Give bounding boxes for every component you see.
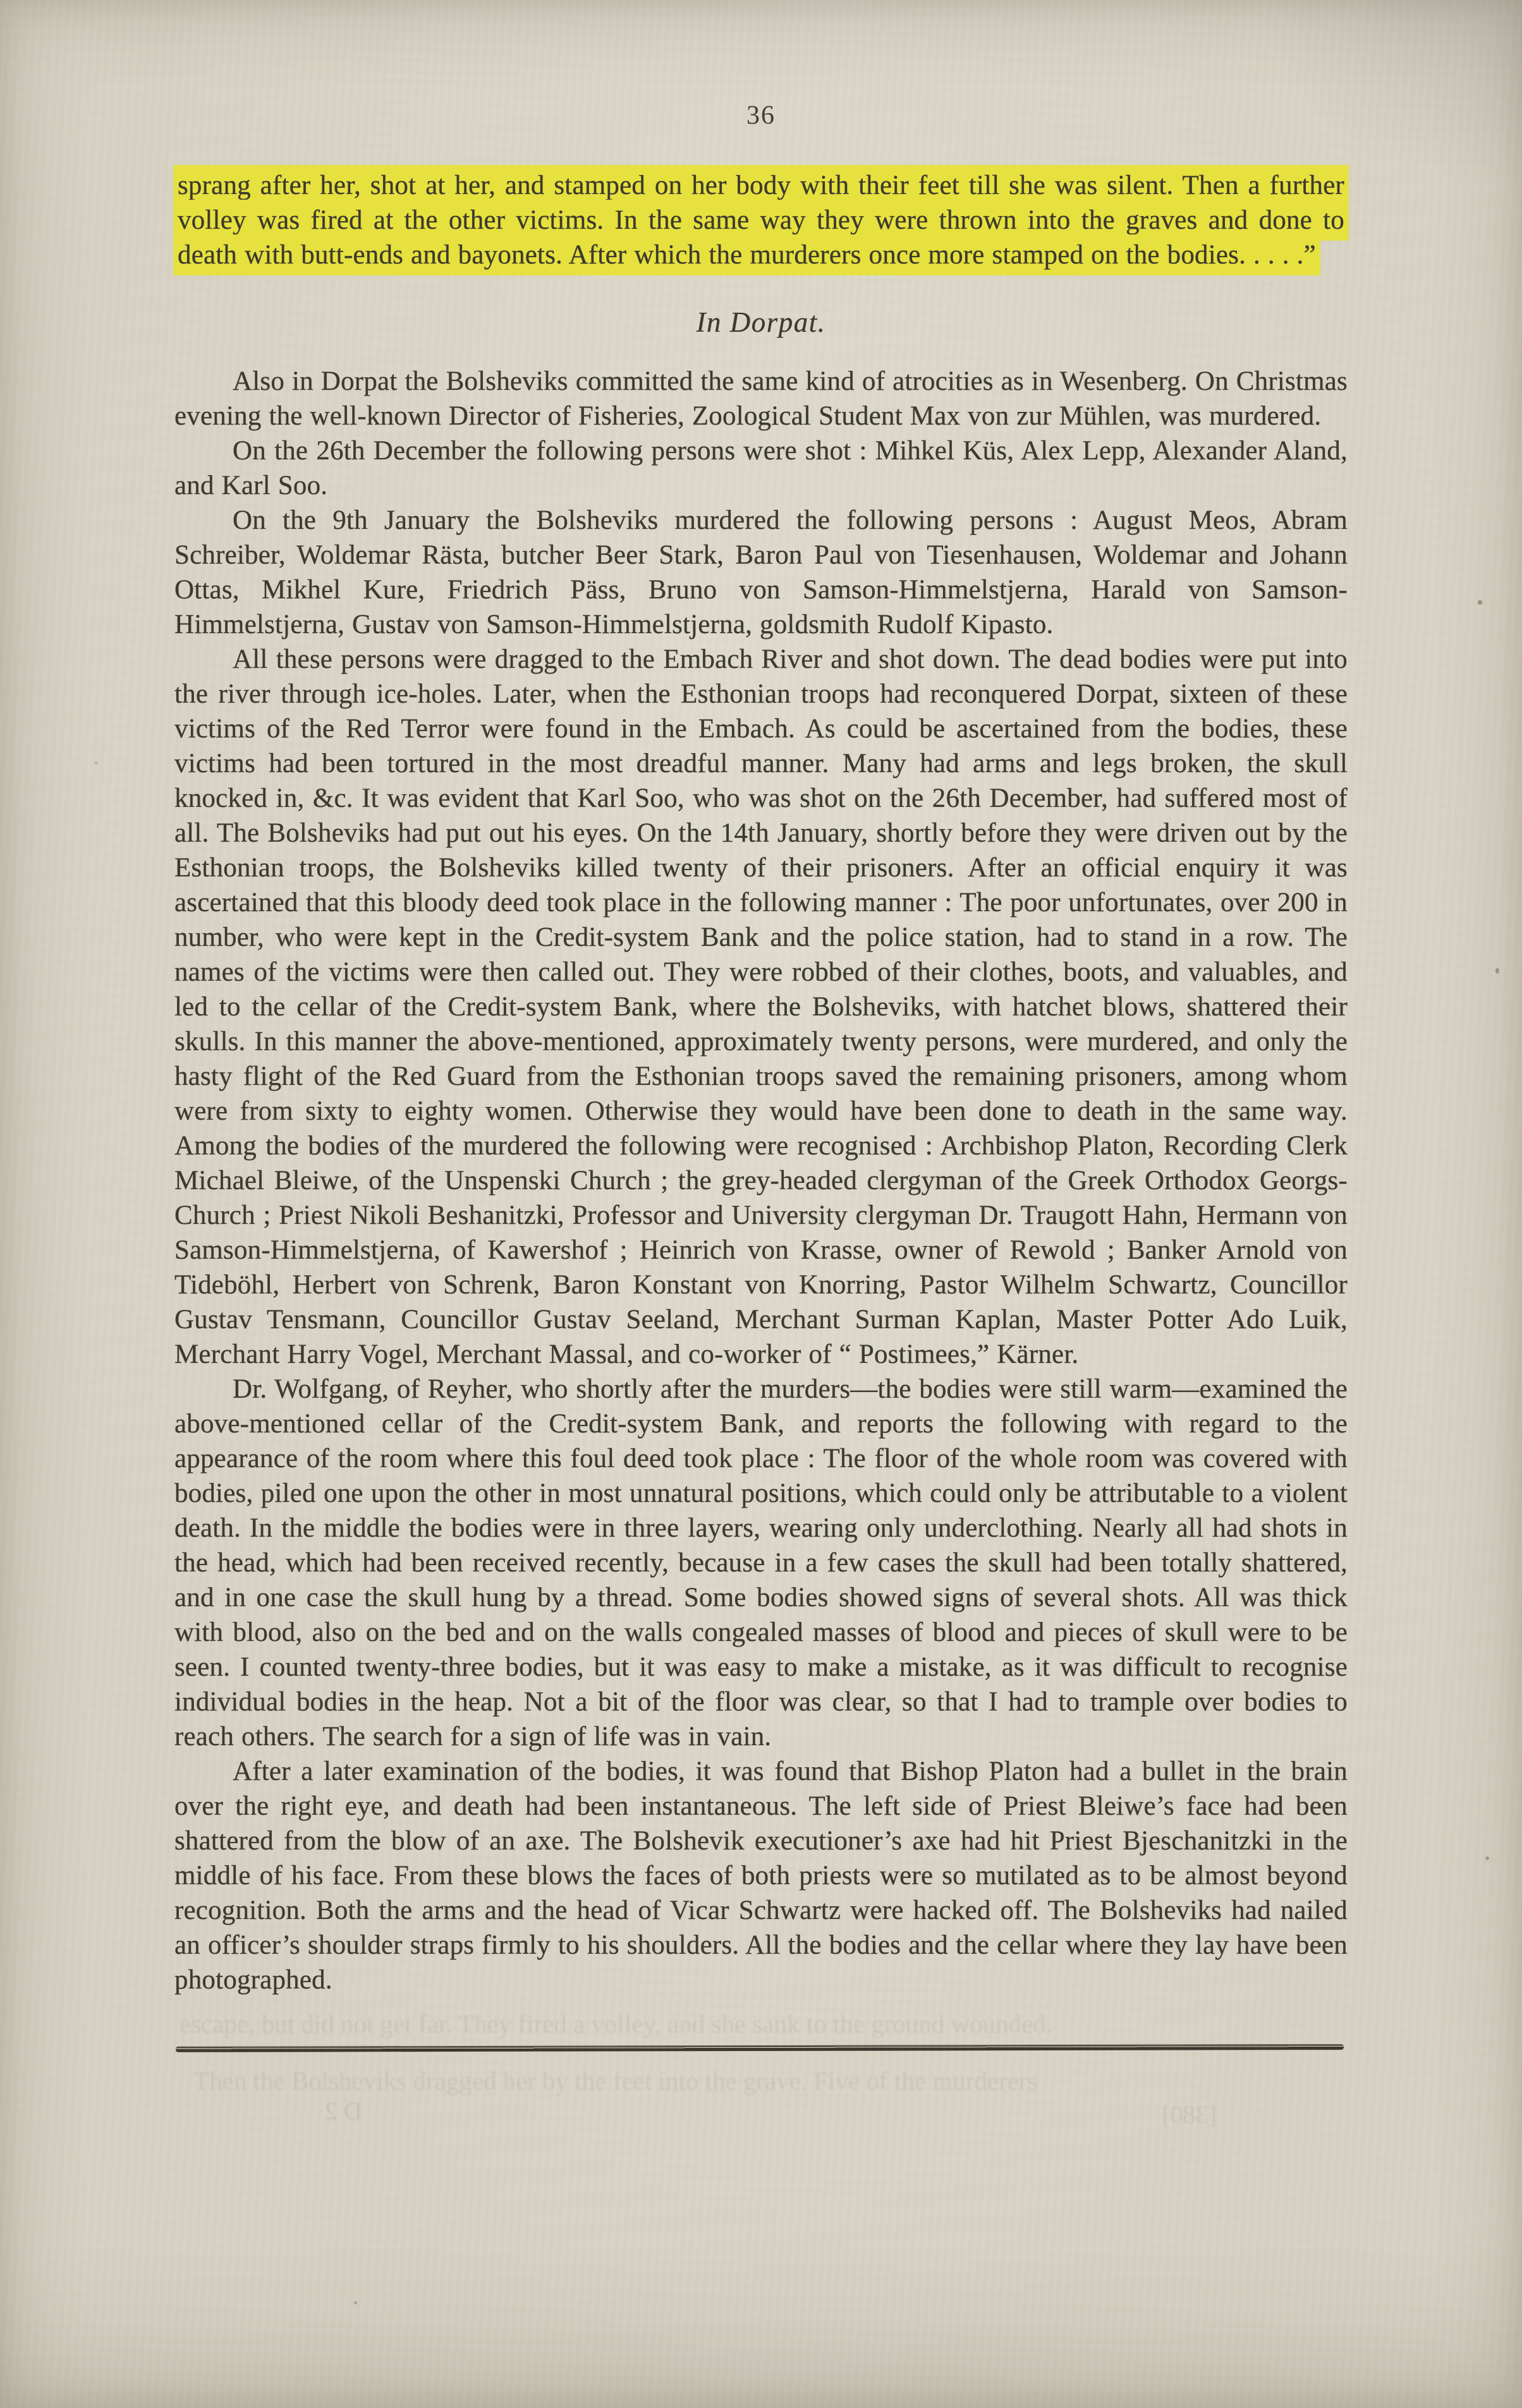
body-paragraph: On the 26th December the following perso…	[174, 433, 1348, 503]
section-heading: In Dorpat.	[174, 305, 1348, 340]
dust-speck	[1485, 1856, 1489, 1860]
page-scan: { "page": { "number": "36", "paper_color…	[0, 0, 1522, 2408]
page-number: 36	[174, 100, 1348, 131]
body-paragraph: Also in Dorpat the Bolsheviks committed …	[174, 364, 1348, 433]
signature-mark-bleedthrough: D 2	[325, 2095, 362, 2127]
text-column: 36 sprang after her, shot at her, and st…	[174, 100, 1348, 2223]
catalog-mark-bleedthrough: [380]	[1162, 2098, 1217, 2131]
body-paragraph: After a later examination of the bodies,…	[174, 1754, 1348, 1997]
body-paragraph: Dr. Wolfgang, of Reyher, who shortly aft…	[174, 1372, 1348, 1754]
body-paragraph: On the 9th January the Bolsheviks murder…	[174, 503, 1348, 642]
body-paragraph: All these persons were dragged to the Em…	[174, 642, 1348, 1372]
bleedthrough-line: Then the Bolsheviks dragged her by the f…	[193, 2064, 1331, 2097]
dust-speck	[354, 2301, 357, 2304]
dust-speck	[1478, 600, 1482, 605]
page-footer: escape, but did not get far. They fired …	[174, 2034, 1348, 2223]
dust-speck	[95, 761, 98, 765]
bleedthrough-line: escape, but did not get far. They fired …	[180, 2007, 1342, 2040]
bottom-edge-shading	[0, 2244, 1522, 2408]
highlighted-paragraph: sprang after her, shot at her, and stamp…	[174, 168, 1348, 272]
divider-rule	[176, 2044, 1344, 2052]
dust-speck	[1495, 968, 1499, 974]
highlighted-passage: sprang after her, shot at her, and stamp…	[174, 166, 1348, 274]
